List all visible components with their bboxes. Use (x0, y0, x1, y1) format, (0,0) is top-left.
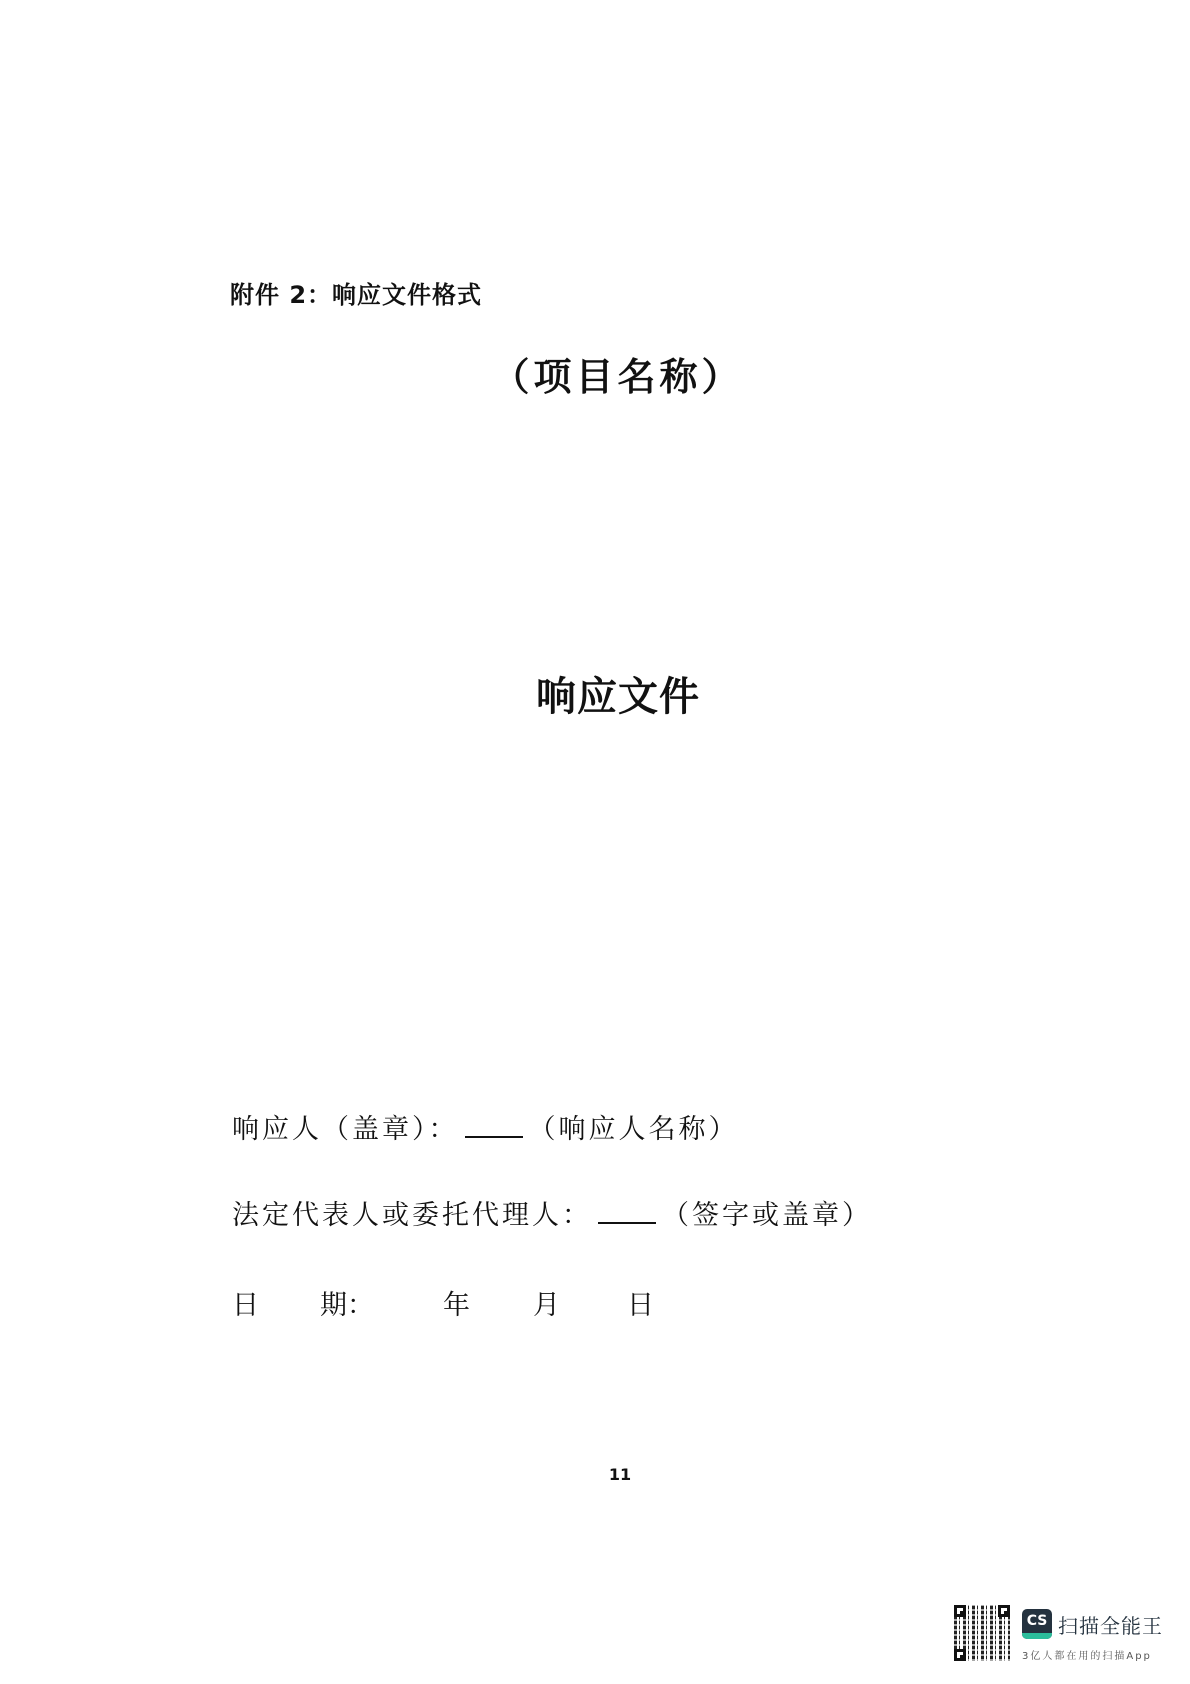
representative-line: 法定代表人或委托代理人：（签字或盖章） (232, 1193, 872, 1232)
attachment-header: 附件 2：响应文件格式 (230, 275, 482, 310)
project-title: （项目名称） (0, 346, 1190, 401)
responder-line: 响应人（盖章）：（响应人名称） (232, 1107, 739, 1146)
responder-label: 响应人（盖章）： (232, 1114, 459, 1145)
camscanner-logo-icon: CS (1022, 1609, 1052, 1639)
brand-name: 扫描全能王 (1058, 1610, 1163, 1639)
representative-hint: （签字或盖章） (662, 1200, 872, 1231)
qr-code-icon (954, 1605, 1010, 1661)
scanner-watermark: CS 扫描全能王 3亿人都在用的扫描App (954, 1605, 1190, 1665)
date-label-2: 期： (320, 1283, 374, 1322)
day-label: 日 (627, 1283, 654, 1322)
year-label: 年 (443, 1283, 470, 1322)
responder-hint: （响应人名称） (529, 1114, 739, 1145)
representative-label: 法定代表人或委托代理人： (232, 1200, 592, 1231)
page-number: 11 (0, 1465, 1190, 1484)
responder-blank (465, 1114, 523, 1138)
document-title: 响应文件 (0, 665, 1190, 722)
brand-slogan: 3亿人都在用的扫描App (1022, 1647, 1152, 1662)
representative-blank (598, 1200, 656, 1224)
month-label: 月 (533, 1283, 560, 1322)
date-label-1: 日 (232, 1283, 259, 1322)
